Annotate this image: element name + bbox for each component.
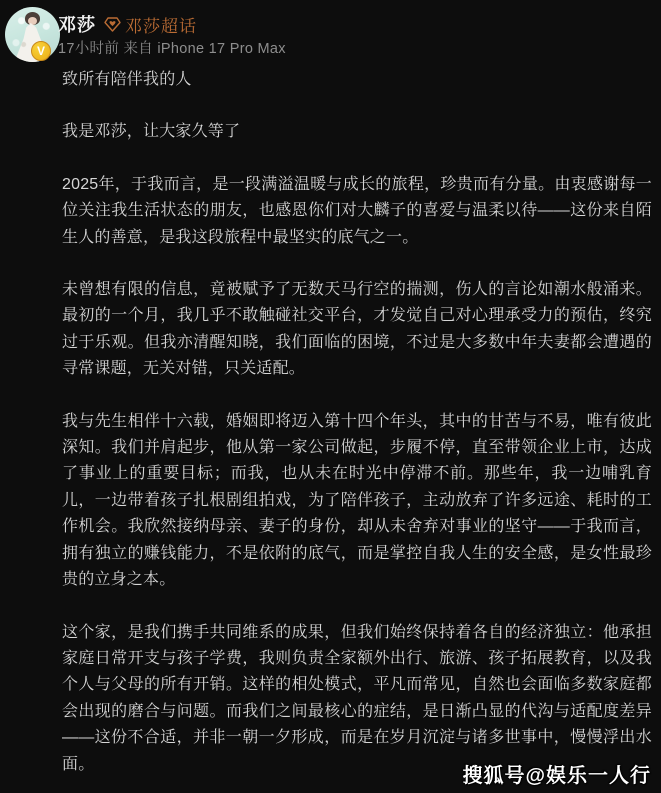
supertopic-gem-icon <box>104 17 121 32</box>
post-paragraph: 未曾想有限的信息，竟被赋予了无数天马行空的揣测，伤人的言论如潮水般涌来。最初的一… <box>62 277 652 383</box>
weibo-post-screen: V 邓莎 邓莎超话 17小时前 来自 iPhone 17 Pro Max 致所有… <box>0 0 661 793</box>
post-paragraph: 我是邓莎，让大家久等了 <box>62 119 652 145</box>
post-paragraph: 我与先生相伴十六载，婚姻即将迈入第十四个年头，其中的甘苦与不易，唯有彼此深知。我… <box>62 409 652 594</box>
post-header: 邓莎 邓莎超话 <box>58 11 197 37</box>
watermark: 搜狐号@娱乐一人行 <box>462 759 651 788</box>
supertopic-badge[interactable]: 邓莎超话 <box>104 12 197 37</box>
post-paragraph: 这个家，是我们携手共同维系的成果，但我们始终保持着各自的经济独立：他承担家庭日常… <box>62 620 652 778</box>
post-body: 致所有陪伴我的人 我是邓莎，让大家久等了 2025年，于我而言，是一段满溢温暖与… <box>62 67 652 778</box>
post-meta: 17小时前 来自 iPhone 17 Pro Max <box>58 37 286 58</box>
post-paragraph: 2025年，于我而言，是一段满溢温暖与成长的旅程，珍贵而有分量。由衷感谢每一位关… <box>62 172 652 251</box>
verified-badge-icon: V <box>31 41 51 61</box>
username[interactable]: 邓莎 <box>58 11 96 37</box>
supertopic-label: 邓莎超话 <box>125 12 197 37</box>
avatar-figure-face <box>28 17 37 25</box>
post-paragraph: 致所有陪伴我的人 <box>62 67 652 93</box>
